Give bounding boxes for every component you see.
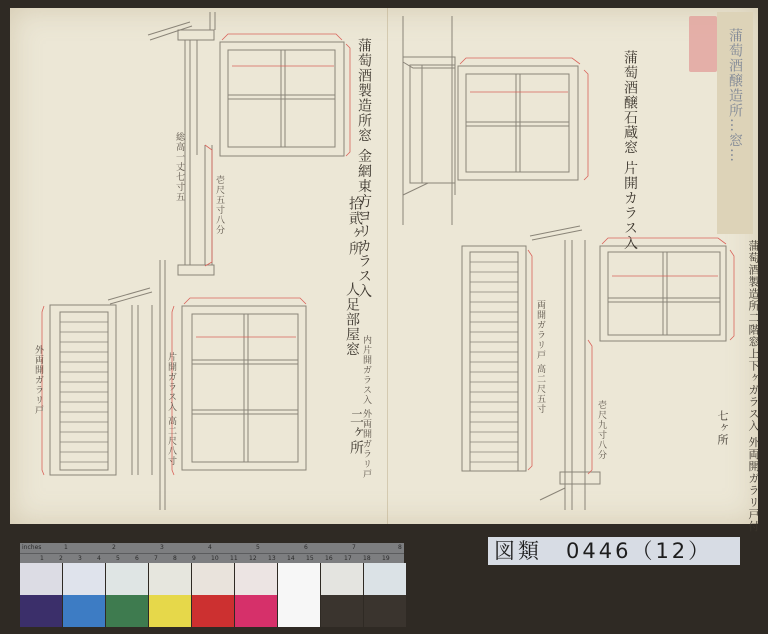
annotation-bottom-left-side1: 片開ガラス入 高二尺八寸	[165, 352, 178, 466]
ruler-label: 7	[154, 555, 158, 562]
ruler-label: 14	[287, 555, 295, 562]
color-chip-bottom	[63, 595, 105, 627]
annotation-top-left-count: 拾貮ヶ所	[345, 196, 365, 256]
annotation-bottom-left-count: 二ヶ所	[346, 410, 366, 455]
color-chip-bottom	[321, 595, 363, 627]
annotation-bottom-right-side1: 両開ガラリ戸 高二尺五寸	[534, 300, 547, 414]
color-chip-top	[149, 563, 191, 595]
ruler-label: inches	[22, 544, 41, 551]
ruler-label: 13	[268, 555, 276, 562]
color-chip-bottom	[149, 595, 191, 627]
color-chip-top	[364, 563, 406, 595]
ruler-label: 19	[382, 555, 390, 562]
ruler-label: 2	[112, 544, 116, 551]
annotation-bottom-right-title: 蒲萄酒製造所二階窓上下ヶガラス入 外両開ガラリ戸付	[745, 240, 761, 533]
ruler-label: 8	[398, 544, 402, 551]
measurement-ruler: inches 1 2 3 4 5 6 7 8 1 2 3 4 5 6 7 8 9…	[20, 543, 404, 563]
ruler-label: 4	[97, 555, 101, 562]
ruler-label: 1	[64, 544, 68, 551]
color-chip-top	[321, 563, 363, 595]
ruler-label: 7	[352, 544, 356, 551]
ruler-label: 11	[230, 555, 238, 562]
color-chip-top	[106, 563, 148, 595]
color-chip-bottom	[106, 595, 148, 627]
annotation-bottom-right-count: 七ヶ所	[714, 410, 730, 446]
annotation-bottom-right-height: 壱尺九寸八分	[595, 400, 608, 460]
ruler-label: 2	[59, 555, 63, 562]
annotation-top-right-title: 蒲萄酒醸石蔵窓 片開カラス入	[620, 50, 640, 250]
ruler-label: 9	[192, 555, 196, 562]
color-chip-bottom	[364, 595, 406, 627]
ruler-label: 5	[116, 555, 120, 562]
annotation-bottom-left-side2: 外両開ガラリ戸	[32, 345, 45, 415]
annotation-top-left-title: 蒲萄酒製造所窓 金網東方ヨリカラス入	[354, 38, 374, 298]
ruler-label: 12	[249, 555, 257, 562]
label-strip: 蒲萄酒醸造所…窓…	[717, 12, 753, 234]
catalog-number-label: 図類 0446（12）	[488, 537, 740, 565]
ruler-inches-row: inches 1 2 3 4 5 6 7 8	[20, 543, 404, 553]
annotation-bottom-left-sub: 内片開ガラス入 外両開ガラリ戸	[360, 335, 373, 479]
ruler-label: 8	[173, 555, 177, 562]
ruler-label: 1	[40, 555, 44, 562]
color-chip-top	[63, 563, 105, 595]
ruler-label: 18	[363, 555, 371, 562]
color-chip-bottom	[235, 595, 277, 627]
color-chip-top	[278, 563, 320, 627]
color-chip-bottom	[192, 595, 234, 627]
annotation-top-left-height: 壱尺五寸八分	[213, 175, 226, 235]
color-chip-top	[192, 563, 234, 595]
color-chip-top	[20, 563, 62, 595]
color-chip-bottom	[20, 595, 62, 627]
annotation-bottom-left-title: 人足部屋窓	[342, 282, 362, 357]
annotation-top-left-side: 総高一丈七寸五	[173, 132, 186, 202]
ruler-label: 10	[211, 555, 219, 562]
ruler-label: 16	[325, 555, 333, 562]
ruler-label: 4	[208, 544, 212, 551]
ruler-label: 6	[135, 555, 139, 562]
ruler-label: 17	[344, 555, 352, 562]
color-chip-top	[235, 563, 277, 595]
ruler-label: 3	[78, 555, 82, 562]
label-strip-text: 蒲萄酒醸造所…窓…	[725, 28, 745, 163]
ruler-label: 15	[306, 555, 314, 562]
ruler-label: 6	[304, 544, 308, 551]
ruler-label: 3	[160, 544, 164, 551]
ruler-label: 5	[256, 544, 260, 551]
red-seal-stamp	[689, 16, 717, 72]
